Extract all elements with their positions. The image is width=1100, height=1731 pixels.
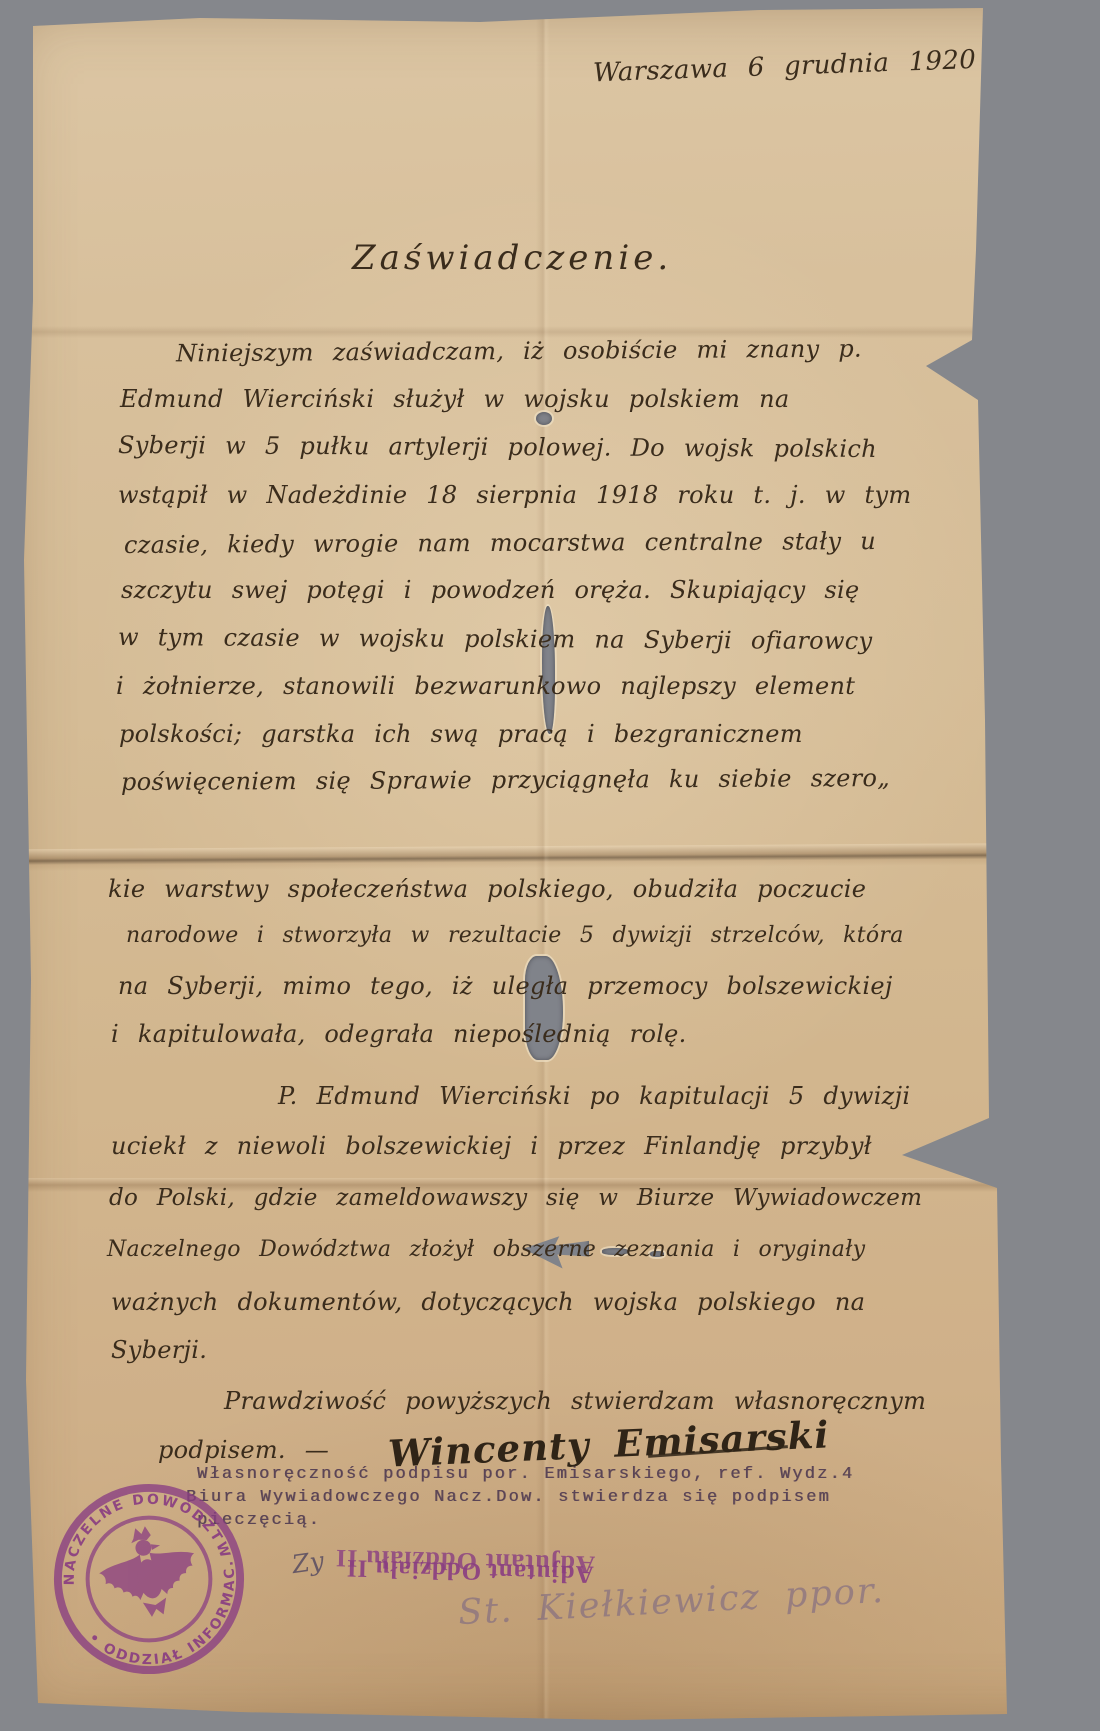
- handwritten-line: na Syberji, mimo tego, iż uległa przemoc…: [118, 973, 893, 999]
- handwritten-line: uciekł z niewoli bolszewickiej i przez F…: [111, 1133, 872, 1159]
- handwritten-line: poświęceniem się Sprawie przyciągnęła ku…: [121, 765, 890, 795]
- handwritten-line: Syberji w 5 pułku artylerji polowej. Do …: [118, 432, 877, 462]
- scan-background: Warszawa 6 grudnia 1920 r. Zaświadczenie…: [0, 0, 1100, 1731]
- handwritten-line: w tym czasie w wojsku polskiem na Syberj…: [118, 624, 873, 654]
- document-paper: Warszawa 6 grudnia 1920 r. Zaświadczenie…: [0, 0, 1100, 1731]
- handwritten-line: wstąpił w Nadeżdinie 18 sierpnia 1918 ro…: [118, 482, 911, 508]
- paper-hole: [536, 412, 552, 425]
- handwritten-line: czasie, kiedy wrogie nam mocarstwa centr…: [124, 528, 876, 558]
- handwritten-line: i kapitulowała, odegrała niepoślednią ro…: [111, 1021, 687, 1047]
- handwritten-line: Prawdziwość powyższych stwierdzam własno…: [224, 1388, 926, 1414]
- handwritten-line: ważnych dokumentów, dotyczących wojska p…: [111, 1289, 865, 1315]
- handwritten-line: P. Edmund Wierciński po kapitulacji 5 dy…: [278, 1083, 910, 1109]
- handwritten-line: Niniejszym zaświadczam, iż osobiście mi …: [176, 336, 862, 367]
- handwritten-line: Syberji.: [111, 1337, 207, 1363]
- typed-certification-line-2: Biura Wywiadowczego Nacz.Dow. stwierdza …: [186, 1489, 831, 1506]
- handwritten-line: podpisem. —: [158, 1437, 329, 1463]
- date-line: Warszawa 6 grudnia 1920 r.: [593, 45, 1015, 88]
- handwritten-line: do Polski, gdzie zameldowawszy się w Biu…: [109, 1186, 922, 1211]
- document-title: Zaświadczenie.: [352, 240, 672, 277]
- fold-crease-middle: [0, 843, 1100, 872]
- adjutant-rect-stamp: Adjutant Oddziału II Adjutant Oddziału I…: [317, 1530, 594, 1587]
- handwritten-line: narodowe i stworzyła w rezultacie 5 dywi…: [126, 924, 904, 948]
- handwritten-line: kie warstwy społeczeństwa polskiego, obu…: [108, 876, 866, 902]
- handwritten-line: Naczelnego Dowództwa złożył obszerne zez…: [107, 1238, 865, 1262]
- handwritten-line: szczytu swej potęgi i powodzeń oręża. Sk…: [121, 577, 860, 603]
- handwritten-line: polskości; garstka ich swą pracą i bezgr…: [119, 721, 803, 747]
- handwritten-line: i żołnierze, stanowili bezwarunkowo najl…: [116, 673, 855, 699]
- round-stamp: NACZELNE DOWÓDZTWO W. P. • ODDZIAŁ INFOR…: [32, 1462, 267, 1697]
- handwritten-line: Edmund Wierciński służył w wojsku polski…: [120, 386, 789, 412]
